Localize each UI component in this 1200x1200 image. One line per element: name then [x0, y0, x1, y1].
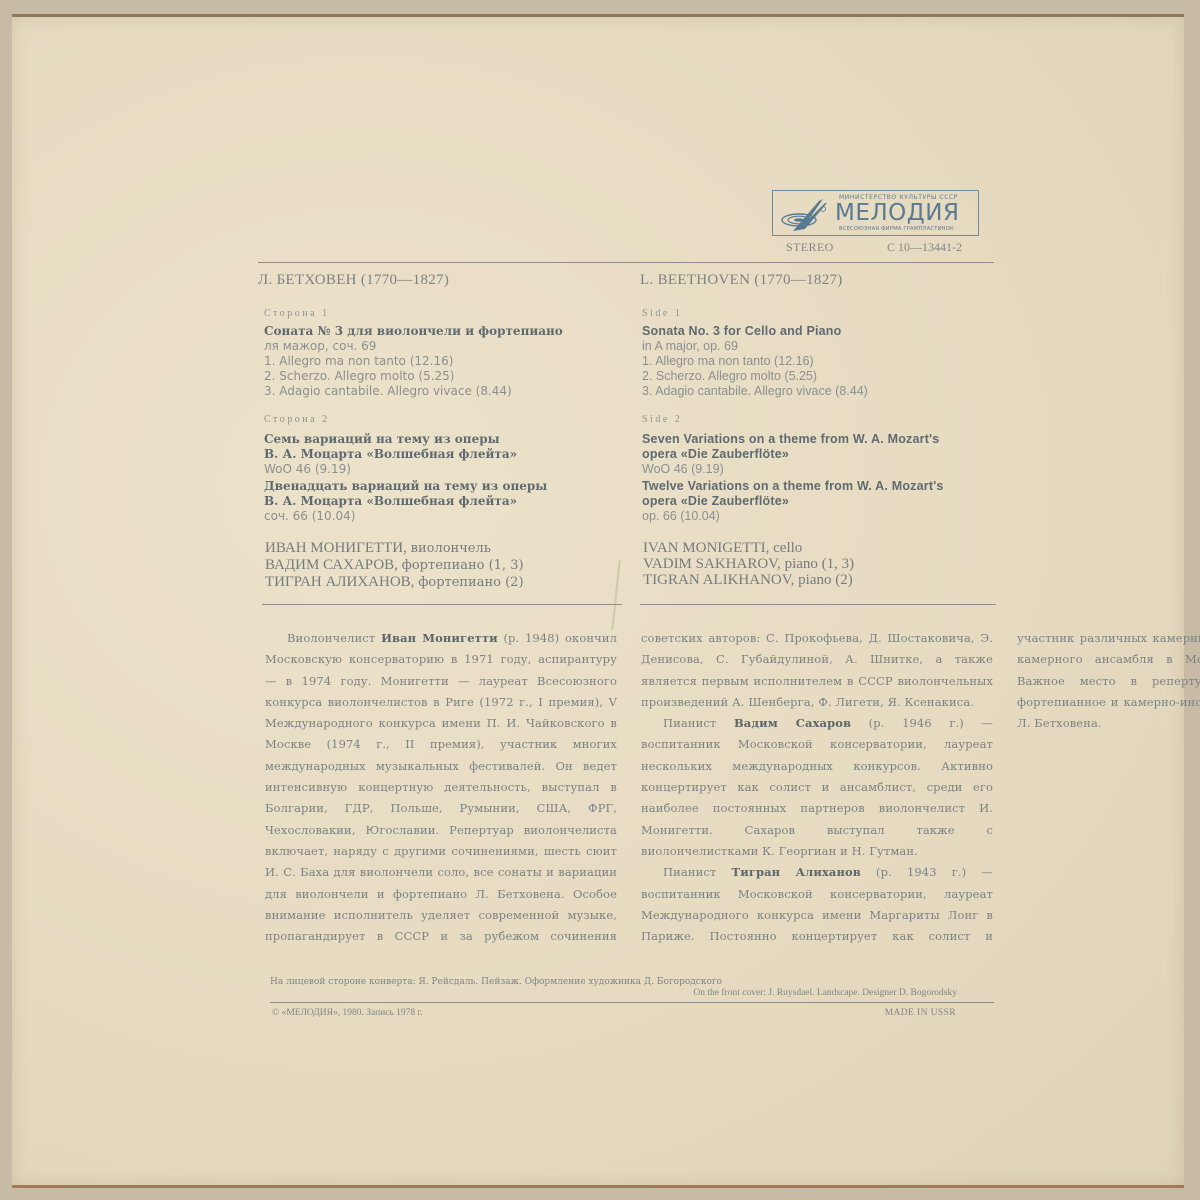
- header-divider: [258, 262, 994, 263]
- work-info: op. 66 (10.04): [642, 509, 984, 524]
- side1-key-ru: ля мажор, соч. 69: [264, 339, 614, 354]
- biography-text: Виолончелист Иван Монигетти (р. 1948) ок…: [265, 628, 993, 968]
- side1-work-title-ru: Соната № 3 для виолончели и фортепиано: [264, 324, 614, 339]
- performer-line: ВАДИМ САХАРОВ, фортепиано (1, 3): [265, 557, 524, 574]
- side2-work1-ru: Семь вариаций на тему из оперы В. А. Моц…: [264, 432, 614, 477]
- composer-en: L. BEETHOVEN (1770—1827): [640, 272, 843, 289]
- cover-credit-ru: На лицевой стороне конверта: Я. Рейсдаль…: [270, 977, 722, 987]
- work-title-line: В. А. Моцарта «Волшебная флейта»: [264, 494, 614, 509]
- performer-role: фортепиано (1, 3): [402, 558, 524, 573]
- track-item: 3. Adagio cantabile. Allegro vivace (8.4…: [264, 384, 614, 399]
- performer-role: cello: [773, 540, 802, 556]
- track-item: 2. Scherzo. Allegro molto (5.25): [642, 369, 992, 384]
- side2-work2-ru: Двенадцать вариаций на тему из оперы В. …: [264, 479, 614, 524]
- melodiya-logo: МИНИСТЕРСТВО КУЛЬТУРЫ СССР МЕЛОДИЯ ВСЕСО…: [772, 190, 979, 236]
- bio-sakharov: Пианист Вадим Сахаров (р. 1946 г.) — вос…: [641, 713, 993, 862]
- side2-work1-en: Seven Variations on a theme from W. A. M…: [642, 432, 984, 477]
- performers-ru: ИВАН МОНИГЕТТИ, виолончель ВАДИМ САХАРОВ…: [265, 540, 524, 591]
- performer-role: piano (1, 3): [785, 556, 855, 572]
- side2-label-en: Side 2: [642, 414, 682, 425]
- melodiya-record-logo-icon: [779, 195, 831, 233]
- record-sleeve-back: [12, 14, 1184, 1188]
- work-title-line: Seven Variations on a theme from W. A. M…: [642, 432, 984, 447]
- performer-name: TIGRAN ALIKHANOV,: [643, 572, 794, 588]
- performer-role: piano (2): [798, 572, 853, 588]
- performer-role: виолончель: [411, 541, 491, 556]
- performer-line: VADIM SAKHAROV, piano (1, 3): [643, 556, 854, 572]
- work-title-line: Семь вариаций на тему из оперы: [264, 432, 614, 447]
- track-item: 3. Adagio cantabile. Allegro vivace (8.4…: [642, 384, 992, 399]
- side1-label-ru: Сторона 1: [264, 308, 330, 319]
- performers-en: IVAN MONIGETTI, cello VADIM SAKHAROV, pi…: [643, 540, 854, 588]
- work-title-line: opera «Die Zauberflöte»: [642, 447, 984, 462]
- performers-divider-ru: [262, 604, 622, 605]
- format-label: STEREO: [786, 240, 834, 255]
- work-info: WoO 46 (9.19): [264, 462, 614, 477]
- performers-divider-en: [640, 604, 996, 605]
- side1-label-en: Side 1: [642, 308, 682, 319]
- bio-name-bold: Вадим Сахаров: [734, 716, 851, 730]
- track-item: 1. Allegro ma non tanto (12.16): [264, 354, 614, 369]
- performer-name: ТИГРАН АЛИХАНОВ,: [265, 574, 414, 590]
- catalog-number: С 10—13441-2: [887, 240, 962, 255]
- logo-brand-text: МЕЛОДИЯ: [835, 200, 959, 226]
- side1-work-title-en: Sonata No. 3 for Cello and Piano: [642, 324, 992, 339]
- performer-role: фортепиано (2): [418, 575, 523, 590]
- performer-name: VADIM SAKHAROV,: [643, 556, 781, 572]
- logo-subtitle-text: ВСЕСОЮЗНАЯ ФИРМА ГРАМПЛАСТИНОК: [839, 226, 954, 232]
- performer-name: ВАДИМ САХАРОВ,: [265, 557, 398, 573]
- work-title-line: В. А. Моцарта «Волшебная флейта»: [264, 447, 614, 462]
- side2-label-ru: Сторона 2: [264, 414, 330, 425]
- performer-line: ТИГРАН АЛИХАНОВ, фортепиано (2): [265, 574, 524, 591]
- composer-ru: Л. БЕТХОВЕН (1770—1827): [258, 272, 449, 289]
- side1-block-en: Sonata No. 3 for Cello and Piano in A ma…: [642, 324, 992, 399]
- copyright-text: © «МЕЛОДИЯ», 1980. Запись 1978 г.: [272, 1008, 423, 1018]
- bio-name-bold: Иван Монигетти: [381, 631, 498, 645]
- performer-name: ИВАН МОНИГЕТТИ,: [265, 540, 407, 556]
- track-item: 2. Scherzo. Allegro molto (5.25): [264, 369, 614, 384]
- bio-name-bold: Тигран Алиханов: [732, 865, 861, 879]
- work-title-line: Twelve Variations on a theme from W. A. …: [642, 479, 984, 494]
- side2-work2-en: Twelve Variations on a theme from W. A. …: [642, 479, 984, 524]
- side1-block-ru: Соната № 3 для виолончели и фортепиано л…: [264, 324, 614, 399]
- performer-line: IVAN MONIGETTI, cello: [643, 540, 854, 556]
- footer-divider: [270, 1002, 994, 1003]
- work-info: соч. 66 (10.04): [264, 509, 614, 524]
- track-item: 1. Allegro ma non tanto (12.16): [642, 354, 992, 369]
- performer-line: TIGRAN ALIKHANOV, piano (2): [643, 572, 854, 588]
- side1-key-en: in A major, op. 69: [642, 339, 992, 354]
- work-title-line: opera «Die Zauberflöte»: [642, 494, 984, 509]
- work-title-line: Двенадцать вариаций на тему из оперы: [264, 479, 614, 494]
- cover-credit-en: On the front cover: J. Ruysdael. Landsca…: [693, 988, 957, 998]
- made-in-label: MADE IN USSR: [885, 1008, 956, 1018]
- performer-line: ИВАН МОНИГЕТТИ, виолончель: [265, 540, 524, 557]
- work-info: WoO 46 (9.19): [642, 462, 984, 477]
- performer-name: IVAN MONIGETTI,: [643, 540, 769, 556]
